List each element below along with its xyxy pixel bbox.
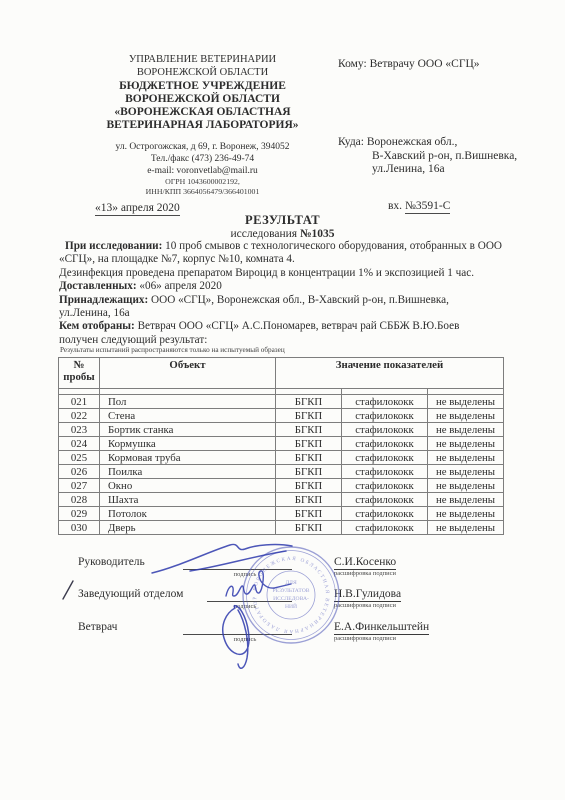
signature-name-caption: расшифровка подписи bbox=[334, 602, 396, 609]
cell-staph: стафилококк bbox=[342, 409, 428, 423]
cell-staph: стафилококк bbox=[342, 437, 428, 451]
org-line: УПРАВЛЕНИЕ ВЕТЕРИНАРИИ bbox=[70, 54, 335, 67]
cell-num: 021 bbox=[59, 395, 100, 409]
cell-bgkp: БГКП bbox=[276, 423, 342, 437]
study-number: №1035 bbox=[300, 228, 335, 240]
address-line: Тел./факс (473) 236-49-74 bbox=[70, 153, 335, 165]
body-line: ул.Ленина, 16а bbox=[59, 307, 509, 320]
cell-result: не выделены bbox=[428, 423, 504, 437]
signature-caption: подпись bbox=[195, 571, 295, 578]
signature-name: Н.В.Гулидова bbox=[334, 588, 401, 602]
cell-num: 027 bbox=[59, 479, 100, 493]
address-email: e-mail: voronvetlab@mail.ru bbox=[70, 165, 335, 177]
org-bold-line: «ВОРОНЕЖСКАЯ ОБЛАСТНАЯ bbox=[70, 106, 335, 119]
incoming-value: №3591-С bbox=[405, 200, 450, 214]
cell-num: 026 bbox=[59, 465, 100, 479]
recipient-kuda: Куда: Воронежская обл., В-Хавский р-он, … bbox=[338, 136, 517, 177]
address-inn-kpp: ИНН/КПП 3664056479/366401001 bbox=[70, 187, 335, 197]
document-page: УПРАВЛЕНИЕ ВЕТЕРИНАРИИ ВОРОНЕЖСКОЙ ОБЛАС… bbox=[0, 0, 565, 800]
body-text: При исследовании: 10 проб смывов с техно… bbox=[59, 240, 509, 347]
cell-object: Потолок bbox=[100, 507, 276, 521]
cell-bgkp: БГКП bbox=[276, 479, 342, 493]
cell-result: не выделены bbox=[428, 479, 504, 493]
cell-result: не выделены bbox=[428, 409, 504, 423]
results-table: № пробы Объект Значение показателей 021П… bbox=[58, 357, 504, 535]
org-bold-line: БЮДЖЕТНОЕ УЧРЕЖДЕНИЕ bbox=[70, 80, 335, 93]
col-header-values: Значение показателей bbox=[276, 358, 504, 389]
table-row: 029ПотолокБГКПстафилококкне выделены bbox=[59, 507, 504, 521]
cell-staph: стафилококк bbox=[342, 423, 428, 437]
cell-bgkp: БГКП bbox=[276, 507, 342, 521]
body-line: Доставленных: «06» апреля 2020 bbox=[59, 280, 509, 293]
kuda-line: ул.Ленина, 16а bbox=[338, 163, 517, 177]
table-row: 026ПоилкаБГКПстафилококкне выделены bbox=[59, 465, 504, 479]
cell-bgkp: БГКП bbox=[276, 521, 342, 535]
signature-role: Руководитель bbox=[78, 556, 145, 568]
cell-result: не выделены bbox=[428, 465, 504, 479]
col-header-object: Объект bbox=[100, 358, 276, 389]
cell-object: Окно bbox=[100, 479, 276, 493]
signature-role: Заведующий отделом bbox=[78, 588, 183, 600]
table-header-row: № пробы Объект Значение показателей bbox=[59, 358, 504, 389]
signature-row-vet: Ветврач подпись Е.А.Финкельштейн расшифр… bbox=[0, 621, 565, 653]
signature-row-director: Руководитель подпись С.И.Косенко расшифр… bbox=[0, 556, 565, 588]
cell-num: 023 bbox=[59, 423, 100, 437]
cell-staph: стафилококк bbox=[342, 451, 428, 465]
table-row: 027ОкноБГКПстафилококкне выделены bbox=[59, 479, 504, 493]
cell-object: Дверь bbox=[100, 521, 276, 535]
cell-result: не выделены bbox=[428, 493, 504, 507]
signature-line bbox=[207, 601, 292, 602]
table-row: 022СтенаБГКПстафилококкне выделены bbox=[59, 409, 504, 423]
cell-object: Кормушка bbox=[100, 437, 276, 451]
org-line: ВОРОНЕЖСКОЙ ОБЛАСТИ bbox=[70, 67, 335, 80]
cell-bgkp: БГКП bbox=[276, 395, 342, 409]
cell-result: не выделены bbox=[428, 437, 504, 451]
col-header-sample-number: № пробы bbox=[59, 358, 100, 389]
incoming-number: вх. №3591-С bbox=[388, 200, 450, 212]
cell-result: не выделены bbox=[428, 395, 504, 409]
table-disclaimer: Результаты испытаний распространяются то… bbox=[60, 346, 285, 354]
cell-num: 028 bbox=[59, 493, 100, 507]
page-title: РЕЗУЛЬТАТ bbox=[0, 213, 565, 228]
cell-num: 030 bbox=[59, 521, 100, 535]
cell-staph: стафилококк bbox=[342, 493, 428, 507]
cell-object: Кормовая труба bbox=[100, 451, 276, 465]
body-line: При исследовании: 10 проб смывов с техно… bbox=[59, 240, 509, 253]
cell-object: Стена bbox=[100, 409, 276, 423]
signature-caption: подпись bbox=[195, 636, 295, 643]
cell-num: 022 bbox=[59, 409, 100, 423]
cell-num: 025 bbox=[59, 451, 100, 465]
signature-role: Ветврач bbox=[78, 621, 117, 633]
cell-num: 029 bbox=[59, 507, 100, 521]
incoming-label: вх. bbox=[388, 200, 405, 212]
cell-result: не выделены bbox=[428, 507, 504, 521]
signature-row-department-head: Заведующий отделом подпись Н.В.Гулидова … bbox=[0, 588, 565, 620]
cell-staph: стафилококк bbox=[342, 521, 428, 535]
cell-num: 024 bbox=[59, 437, 100, 451]
table-row: 028ШахтаБГКПстафилококкне выделены bbox=[59, 493, 504, 507]
recipient-komu: Кому: Ветврачу ООО «СГЦ» bbox=[338, 58, 480, 70]
cell-result: не выделены bbox=[428, 451, 504, 465]
cell-staph: стафилококк bbox=[342, 479, 428, 493]
body-line: Принадлежащих: ООО «СГЦ», Воронежская об… bbox=[59, 294, 509, 307]
cell-result: не выделены bbox=[428, 521, 504, 535]
body-line: Дезинфекция проведена препаратом Вироцид… bbox=[59, 267, 509, 280]
signature-name: С.И.Косенко bbox=[334, 556, 396, 570]
signature-line bbox=[183, 569, 292, 570]
letterhead-address: ул. Острогожская, д 69, г. Воронеж, 3940… bbox=[70, 141, 335, 196]
cell-bgkp: БГКП bbox=[276, 437, 342, 451]
cell-staph: стафилококк bbox=[342, 507, 428, 521]
cell-staph: стафилококк bbox=[342, 465, 428, 479]
signature-name: Е.А.Финкельштейн bbox=[334, 621, 429, 635]
address-line: ул. Острогожская, д 69, г. Воронеж, 3940… bbox=[70, 141, 335, 153]
cell-bgkp: БГКП bbox=[276, 493, 342, 507]
table-row: 023Бортик станкаБГКПстафилококкне выделе… bbox=[59, 423, 504, 437]
address-ogrn: ОГРН 1043600002192, bbox=[70, 177, 335, 187]
cell-object: Пол bbox=[100, 395, 276, 409]
kuda-line: В-Хавский р-он, п.Вишневка, bbox=[338, 150, 517, 164]
cell-object: Бортик станка bbox=[100, 423, 276, 437]
table-row: 025Кормовая трубаБГКПстафилококкне выдел… bbox=[59, 451, 504, 465]
cell-bgkp: БГКП bbox=[276, 409, 342, 423]
cell-bgkp: БГКП bbox=[276, 465, 342, 479]
org-bold-line: ВОРОНЕЖСКОЙ ОБЛАСТИ bbox=[70, 93, 335, 106]
signature-name-caption: расшифровка подписи bbox=[334, 570, 396, 577]
table-row: 021ПолБГКПстафилококкне выделены bbox=[59, 395, 504, 409]
table-row: 030ДверьБГКПстафилококкне выделены bbox=[59, 521, 504, 535]
letterhead-org-block: УПРАВЛЕНИЕ ВЕТЕРИНАРИИ ВОРОНЕЖСКОЙ ОБЛАС… bbox=[70, 54, 335, 132]
cell-staph: стафилококк bbox=[342, 395, 428, 409]
signature-caption: подпись bbox=[195, 603, 295, 610]
org-bold-line: ВЕТЕРИНАРНАЯ ЛАБОРАТОРИЯ» bbox=[70, 119, 335, 132]
signature-name-caption: расшифровка подписи bbox=[334, 635, 396, 642]
body-line: «СГЦ», на площадке №7, корпус №10, комна… bbox=[59, 253, 509, 266]
cell-bgkp: БГКП bbox=[276, 451, 342, 465]
signature-line bbox=[183, 634, 292, 635]
kuda-line: Куда: Воронежская обл., bbox=[338, 136, 517, 150]
cell-object: Шахта bbox=[100, 493, 276, 507]
page-subtitle: исследования №1035 bbox=[0, 228, 565, 240]
body-line: Кем отобраны: Ветврач ООО «СГЦ» А.С.Поно… bbox=[59, 320, 509, 333]
table-row: 024КормушкаБГКПстафилококкне выделены bbox=[59, 437, 504, 451]
cell-object: Поилка bbox=[100, 465, 276, 479]
